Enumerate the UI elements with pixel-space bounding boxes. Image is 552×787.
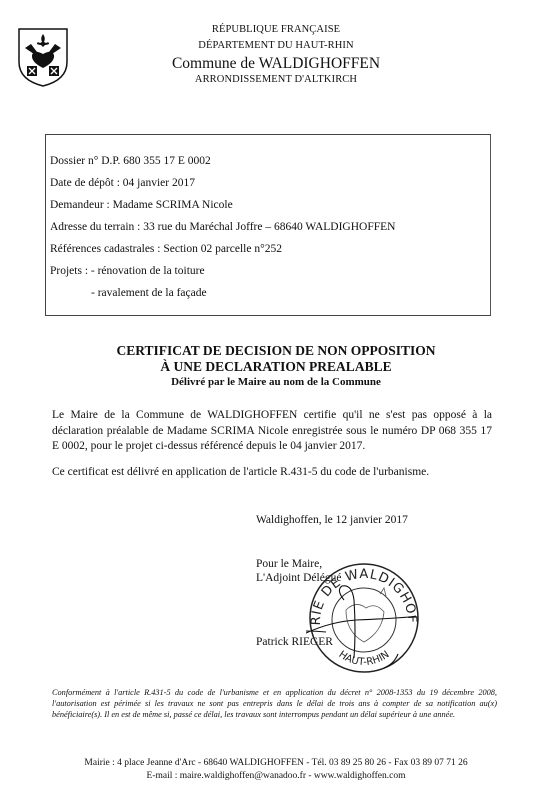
header-department: DÉPARTEMENT DU HAUT-RHIN — [0, 40, 552, 51]
legal-notice: Conformément à l'article R.431-5 du code… — [52, 687, 497, 720]
body-paragraph-1: Le Maire de la Commune de WALDIGHOFFEN c… — [52, 408, 492, 455]
town-seal-stamp: MAIRIE DE WALDIGHOFFEN HAUT-RHIN — [306, 560, 422, 676]
certificate-subtitle: À UNE DECLARATION PREALABLE — [0, 359, 552, 375]
certificate-title: CERTIFICAT DE DECISION DE NON OPPOSITION — [0, 343, 552, 359]
body-paragraph-2: Ce certificat est délivré en application… — [52, 466, 429, 478]
header-arrondissement: ARRONDISSEMENT D'ALTKIRCH — [0, 74, 552, 85]
date-depot: Date de dépôt : 04 janvier 2017 — [50, 177, 195, 189]
projets: Projets : - rénovation de la toiture — [50, 265, 205, 277]
footer-contact: E-mail : maire.waldighoffen@wanadoo.fr -… — [0, 770, 552, 782]
footer-address: Mairie : 4 place Jeanne d'Arc - 68640 WA… — [0, 757, 552, 769]
demandeur: Demandeur : Madame SCRIMA Nicole — [50, 199, 233, 211]
place-date: Waldighoffen, le 12 janvier 2017 — [256, 514, 408, 526]
svg-text:MAIRIE DE WALDIGHOFFEN: MAIRIE DE WALDIGHOFFEN — [306, 560, 419, 626]
references-cadastrales: Références cadastrales : Section 02 parc… — [50, 243, 282, 255]
adresse-terrain: Adresse du terrain : 33 rue du Maréchal … — [50, 221, 395, 233]
header-republic: RÉPUBLIQUE FRANÇAISE — [0, 24, 552, 35]
dossier-number: Dossier n° D.P. 680 355 17 E 0002 — [50, 155, 211, 167]
certificate-issuer: Délivré par le Maire au nom de la Commun… — [0, 376, 552, 388]
projets-item-2: - ravalement de la façade — [91, 287, 207, 299]
header-commune: Commune de WALDIGHOFFEN — [0, 55, 552, 73]
